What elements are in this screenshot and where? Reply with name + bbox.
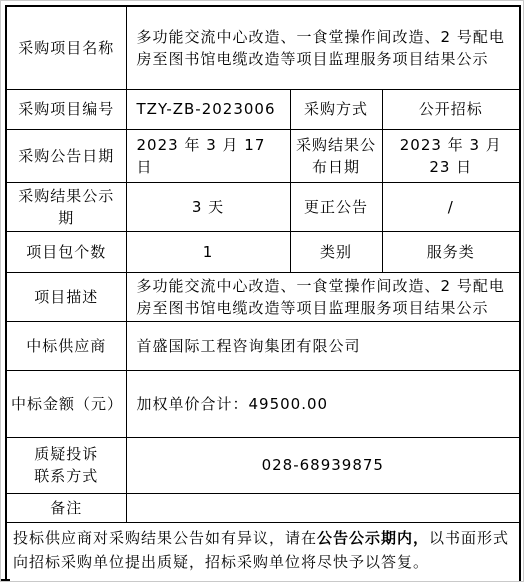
value-project-name: 多功能交流中心改造、一食堂操作间改造、2 号配电房至图书馆电缆改造等项目监理服务… <box>126 6 520 89</box>
row-winning-supplier: 中标供应商 首盛国际工程咨询集团有限公司 <box>6 321 520 370</box>
row-winning-amount: 中标金额（元） 加权单价合计：49500.00 <box>6 370 520 437</box>
row-publicity-period: 采购结果公示期 3 天 更正公告 / <box>6 182 520 231</box>
value-project-description: 多功能交流中心改造、一食堂操作间改造、2 号配电房至图书馆电缆改造等项目监理服务… <box>126 272 520 321</box>
row-project-name: 采购项目名称 多功能交流中心改造、一食堂操作间改造、2 号配电房至图书馆电缆改造… <box>6 6 520 89</box>
value-package-count: 1 <box>126 231 290 272</box>
row-package-count: 项目包个数 1 类别 服务类 <box>6 231 520 272</box>
procurement-result-page: 采购项目名称 多功能交流中心改造、一食堂操作间改造、2 号配电房至图书馆电缆改造… <box>0 0 524 582</box>
label-result-publish-date: 采购结果公 布日期 <box>290 129 382 182</box>
label-complaint-contact: 质疑投诉 联系方式 <box>6 437 126 493</box>
label-category: 类别 <box>290 231 382 272</box>
label-correction-notice: 更正公告 <box>290 182 382 231</box>
value-winning-amount: 加权单价合计：49500.00 <box>126 370 520 437</box>
value-result-publicity-period: 3 天 <box>126 182 290 231</box>
value-project-number: TZY-ZB-2023006 <box>126 89 290 129</box>
label-announcement-date: 采购公告日期 <box>6 129 126 182</box>
value-remarks <box>126 493 520 522</box>
label-procurement-method: 采购方式 <box>290 89 382 129</box>
label-project-name: 采购项目名称 <box>6 6 126 89</box>
footer-note-before: 投标供应商对采购结果公告如有异议，请在 <box>13 529 317 547</box>
label-winning-amount: 中标金额（元） <box>6 370 126 437</box>
row-dates: 采购公告日期 2023 年 3 月 17 日 采购结果公 布日期 2023 年 … <box>6 129 520 182</box>
label-package-count: 项目包个数 <box>6 231 126 272</box>
value-correction-notice: / <box>382 182 520 231</box>
procurement-result-table: 采购项目名称 多功能交流中心改造、一食堂操作间改造、2 号配电房至图书馆电缆改造… <box>5 5 521 582</box>
value-winning-supplier: 首盛国际工程咨询集团有限公司 <box>126 321 520 370</box>
row-footer-note: 投标供应商对采购结果公告如有异议，请在公告公示期内，以书面形式向招标采购单位提出… <box>6 522 520 582</box>
label-project-description: 项目描述 <box>6 272 126 321</box>
row-project-number: 采购项目编号 TZY-ZB-2023006 采购方式 公开招标 <box>6 89 520 129</box>
label-winning-supplier: 中标供应商 <box>6 321 126 370</box>
screenshot-edge-artifact <box>1 579 10 581</box>
label-project-number: 采购项目编号 <box>6 89 126 129</box>
value-complaint-contact: 028-68939875 <box>126 437 520 493</box>
row-project-description: 项目描述 多功能交流中心改造、一食堂操作间改造、2 号配电房至图书馆电缆改造等项… <box>6 272 520 321</box>
row-complaint-contact: 质疑投诉 联系方式 028-68939875 <box>6 437 520 493</box>
value-result-publish-date: 2023 年 3 月 23 日 <box>382 129 520 182</box>
footer-note: 投标供应商对采购结果公告如有异议，请在公告公示期内，以书面形式向招标采购单位提出… <box>6 522 520 582</box>
value-procurement-method: 公开招标 <box>382 89 520 129</box>
label-result-publicity-period: 采购结果公示期 <box>6 182 126 231</box>
value-announcement-date: 2023 年 3 月 17 日 <box>126 129 290 182</box>
row-remarks: 备注 <box>6 493 520 522</box>
label-remarks: 备注 <box>6 493 126 522</box>
value-category: 服务类 <box>382 231 520 272</box>
footer-note-bold: 公告公示期内， <box>317 529 429 547</box>
